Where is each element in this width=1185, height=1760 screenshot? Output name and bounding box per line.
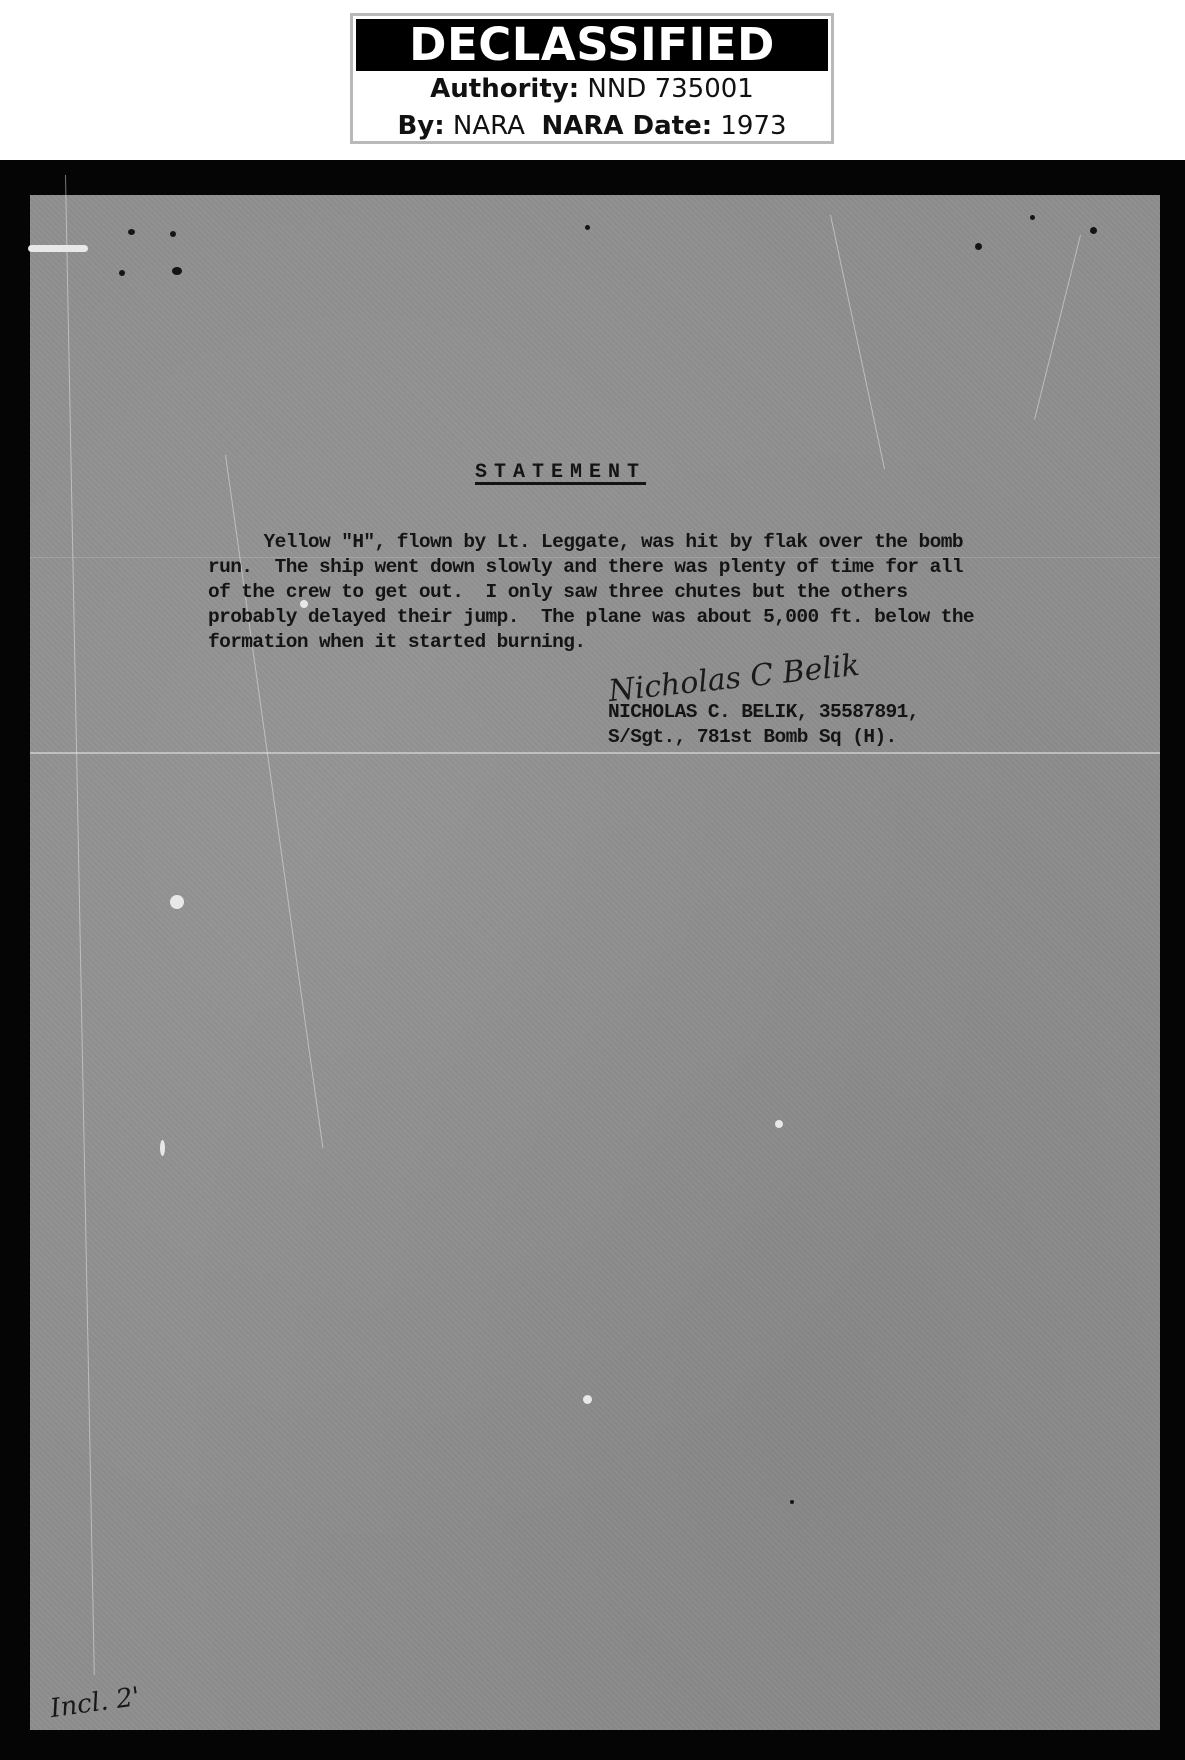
handwritten-enclosure-note: Incl. 2' — [48, 1682, 141, 1724]
statement-body: Yellow "H", flown by Lt. Leggate, was hi… — [208, 530, 1068, 655]
stamp-authority-line: Authority: NND 735001 — [353, 71, 831, 108]
fold-crease — [30, 752, 1160, 754]
speck — [790, 1500, 794, 1504]
speck — [119, 270, 125, 276]
speck — [975, 243, 982, 250]
speck — [1030, 215, 1035, 220]
body-line: Yellow "H", flown by Lt. Leggate, was hi… — [208, 530, 1068, 555]
fleck — [775, 1120, 783, 1128]
body-line: probably delayed their jump. The plane w… — [208, 605, 1068, 630]
speck — [1090, 227, 1097, 234]
date-value: 1973 — [720, 111, 786, 141]
authority-value: NND 735001 — [587, 74, 753, 104]
fleck — [160, 1140, 165, 1156]
by-value: NARA — [453, 111, 525, 141]
scratch-line — [830, 215, 885, 470]
fleck — [170, 895, 184, 909]
document-title: STATEMENT — [475, 461, 646, 484]
scratch-line — [65, 175, 95, 1675]
fleck — [583, 1395, 592, 1404]
scratch-line — [1034, 235, 1081, 420]
scanned-page: STATEMENT Yellow "H", flown by Lt. Legga… — [0, 160, 1185, 1760]
speck — [170, 231, 176, 237]
speck — [172, 267, 182, 275]
body-line: formation when it started burning. — [208, 630, 1068, 655]
declassified-stamp: DECLASSIFIED Authority: NND 735001 By: N… — [350, 13, 834, 144]
by-label: By: — [397, 111, 444, 141]
body-line: of the crew to get out. I only saw three… — [208, 580, 1068, 605]
signer-name-line: NICHOLAS C. BELIK, 35587891, — [608, 700, 919, 725]
signer-block: NICHOLAS C. BELIK, 35587891,S/Sgt., 781s… — [608, 700, 919, 750]
paper-sheet: STATEMENT Yellow "H", flown by Lt. Legga… — [30, 195, 1160, 1730]
body-line: run. The ship went down slowly and there… — [208, 555, 1068, 580]
stamp-by-line: By: NARA NARA Date: 1973 — [353, 108, 831, 145]
signer-rank-line: S/Sgt., 781st Bomb Sq (H). — [608, 725, 919, 750]
date-label: NARA Date: — [541, 111, 712, 141]
speck — [585, 225, 590, 230]
authority-label: Authority: — [430, 74, 579, 104]
paper-tear — [28, 245, 88, 252]
speck — [128, 229, 135, 235]
stamp-header: DECLASSIFIED — [356, 19, 828, 71]
